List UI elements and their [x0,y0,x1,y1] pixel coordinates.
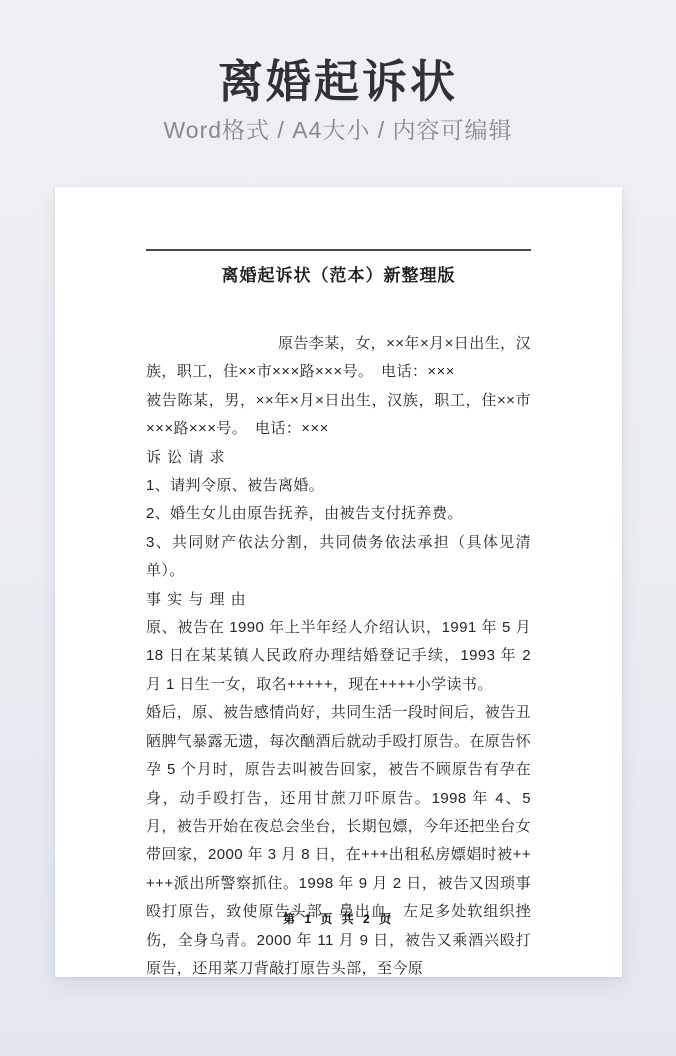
facts-paragraph-1: 原、被告在 1990 年上半年经人介绍认识，1991 年 5 月 18 日在某某… [146,614,531,699]
template-subtitle: Word格式 / A4大小 / 内容可编辑 [0,117,676,144]
document-content: 离婚起诉状（范本）新整理版 原告李某，女，××年×月×日出生，汉族，职工，住××… [55,249,622,983]
defendant-paragraph: 被告陈某，男，××年×月×日出生，汉族，职工，住××市×××路×××号。 电话：… [146,387,531,444]
claim-item-3: 3、共同财产依法分割，共同债务依法承担（具体见清单）。 [146,529,531,586]
claim-item-1: 1、请判令原、被告离婚。 [146,472,531,500]
facts-heading: 事 实 与 理 由 [146,586,531,614]
document-page: 离婚起诉状（范本）新整理版 原告李某，女，××年×月×日出生，汉族，职工，住××… [55,187,622,977]
page-number: 第 1 页 共 2 页 [55,910,622,927]
plaintiff-paragraph: 原告李某，女，××年×月×日出生，汉族，职工，住××市×××路×××号。 电话：… [146,330,531,387]
claim-item-2: 2、婚生女儿由原告抚养，由被告支付抚养费。 [146,500,531,528]
template-title: 离婚起诉状 [0,56,676,108]
facts-paragraph-2: 婚后，原、被告感情尚好，共同生活一段时间后，被告丑陋脾气暴露无遗，每次酗酒后就动… [146,699,531,983]
template-header: 离婚起诉状 Word格式 / A4大小 / 内容可编辑 [0,0,676,144]
claims-heading: 诉 讼 请 求 [146,444,531,472]
document-title: 离婚起诉状（范本）新整理版 [146,264,531,288]
header-rule [146,249,531,251]
